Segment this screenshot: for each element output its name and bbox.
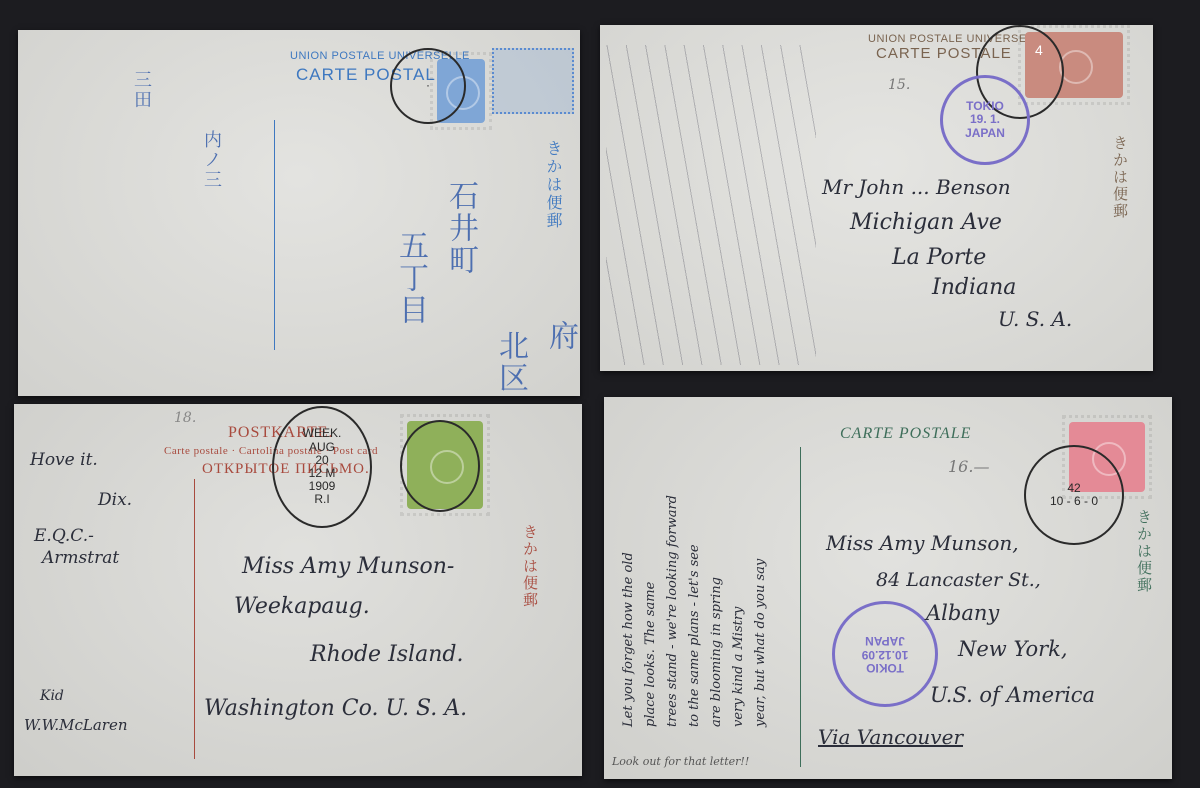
postmark-tokio: TOKIO 10.12.09 JAPAN xyxy=(832,601,938,707)
address-line: Albany xyxy=(926,601,999,625)
address-jp: 石井町 xyxy=(438,180,482,276)
address-line: Miss Amy Munson, xyxy=(826,531,1019,555)
address-line: Mr John ... Benson xyxy=(822,175,1011,199)
address-line: U. S. A. xyxy=(998,307,1072,331)
address-jp: 大阪府 xyxy=(538,320,580,396)
postmark-tokio: TOKIO 19. 1. JAPAN xyxy=(940,75,1030,165)
sender-jp: 三田 xyxy=(128,70,154,110)
vertical-label: きかは便郵 xyxy=(1110,135,1131,220)
message-scribble xyxy=(606,45,816,365)
note-number: 15. xyxy=(888,77,910,93)
footer-note: Look out for that letter!! xyxy=(612,755,749,768)
postmark: 42 10 - 6 - 0 xyxy=(1024,445,1124,545)
message-line: Hove it. xyxy=(30,450,98,470)
routing-note: Via Vancouver xyxy=(818,725,963,749)
note-number: 16.— xyxy=(948,457,989,476)
vertical-label: きかは便郵 xyxy=(542,140,565,230)
address-line: 84 Lancaster St., xyxy=(876,569,1041,591)
sender-jp: 内ノ三 xyxy=(198,130,224,190)
postcard-bottom-right: CARTE POSTALE 16.— 42 10 - 6 - 0 TOKIO 1… xyxy=(604,397,1172,779)
postcard-top-right: UNION POSTALE UNIVERSELLE CARTE POSTALE … xyxy=(600,25,1153,371)
address-line: Indiana xyxy=(932,275,1016,300)
address-line: Weekapaug. xyxy=(234,594,370,619)
address-line: U.S. of America xyxy=(930,683,1095,707)
signature: Kid xyxy=(40,688,64,704)
message-line: Armstrat xyxy=(42,548,119,568)
address-line: La Porte xyxy=(892,245,986,270)
vertical-label: きかは便郵 xyxy=(1134,509,1155,594)
postmark-weekapaug: WEEK. AUG 20 12 M 1909 R.I xyxy=(272,406,372,528)
divider-line xyxy=(800,447,801,767)
postmark-japan xyxy=(400,420,480,512)
postcard-top-left: UNION POSTALE UNIVERSELLE CARTE POSTALE … xyxy=(18,30,580,396)
address-line: Washington Co. U. S. A. xyxy=(204,696,467,721)
header-carte-postale: CARTE POSTALE xyxy=(840,425,971,443)
address-line: Rhode Island. xyxy=(310,642,463,667)
address-line: New York, xyxy=(958,637,1068,661)
address-jp: 北区 xyxy=(488,330,532,394)
signature: W.W.McLaren xyxy=(24,716,128,734)
postmark: · xyxy=(390,48,466,124)
message-lines: Let you forget how the old place looks. … xyxy=(618,495,772,727)
divider-line xyxy=(194,479,195,759)
address-line: Michigan Ave xyxy=(850,210,1002,235)
stamp-frame xyxy=(492,48,574,114)
vertical-label: きかは便郵 xyxy=(520,524,541,609)
message-line: E.Q.C.- xyxy=(34,526,94,546)
divider-line xyxy=(274,120,275,350)
address-jp: 五丁目 xyxy=(388,230,432,326)
address-line: Miss Amy Munson- xyxy=(242,554,454,579)
postcard-bottom-left: 18. POSTKARTE. Carte postale · Cartolina… xyxy=(14,404,582,776)
note-number: 18. xyxy=(174,410,196,426)
message-line: Dix. xyxy=(98,490,132,510)
